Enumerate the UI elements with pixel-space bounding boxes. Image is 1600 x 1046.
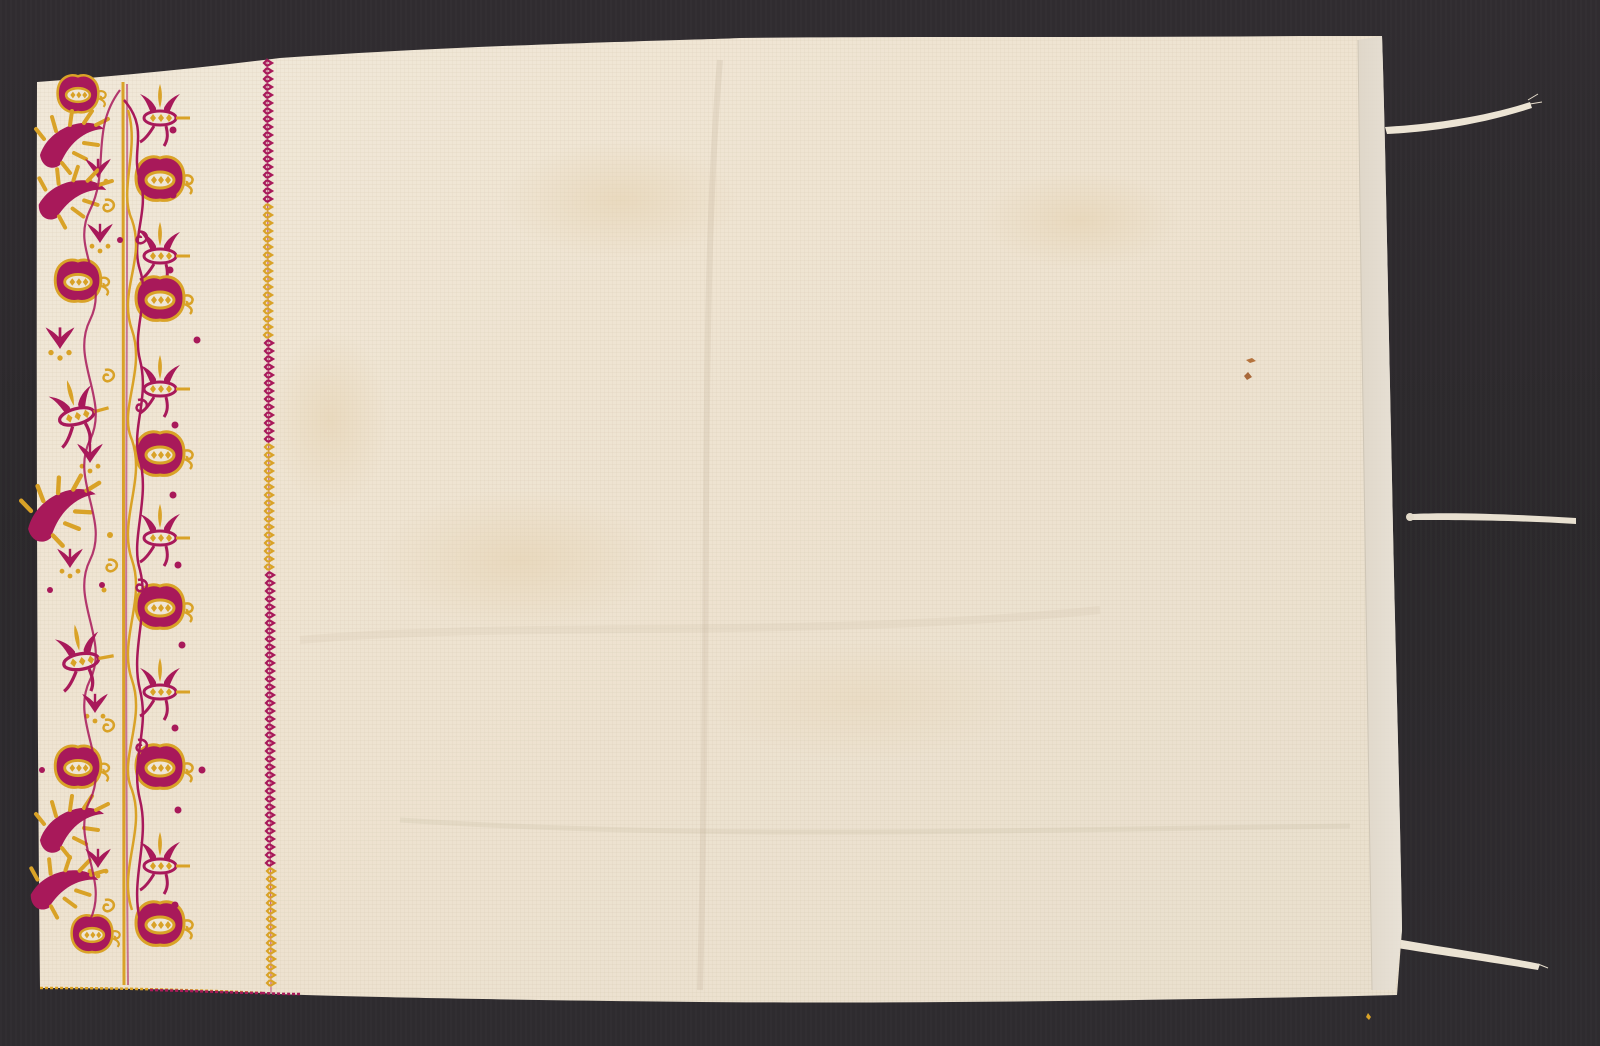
pillow-cover [37, 36, 1402, 1003]
textile-photo [0, 0, 1600, 1046]
loose-thread [1366, 1013, 1371, 1020]
tie-middle [1406, 513, 1576, 524]
tie-top [1385, 94, 1542, 134]
